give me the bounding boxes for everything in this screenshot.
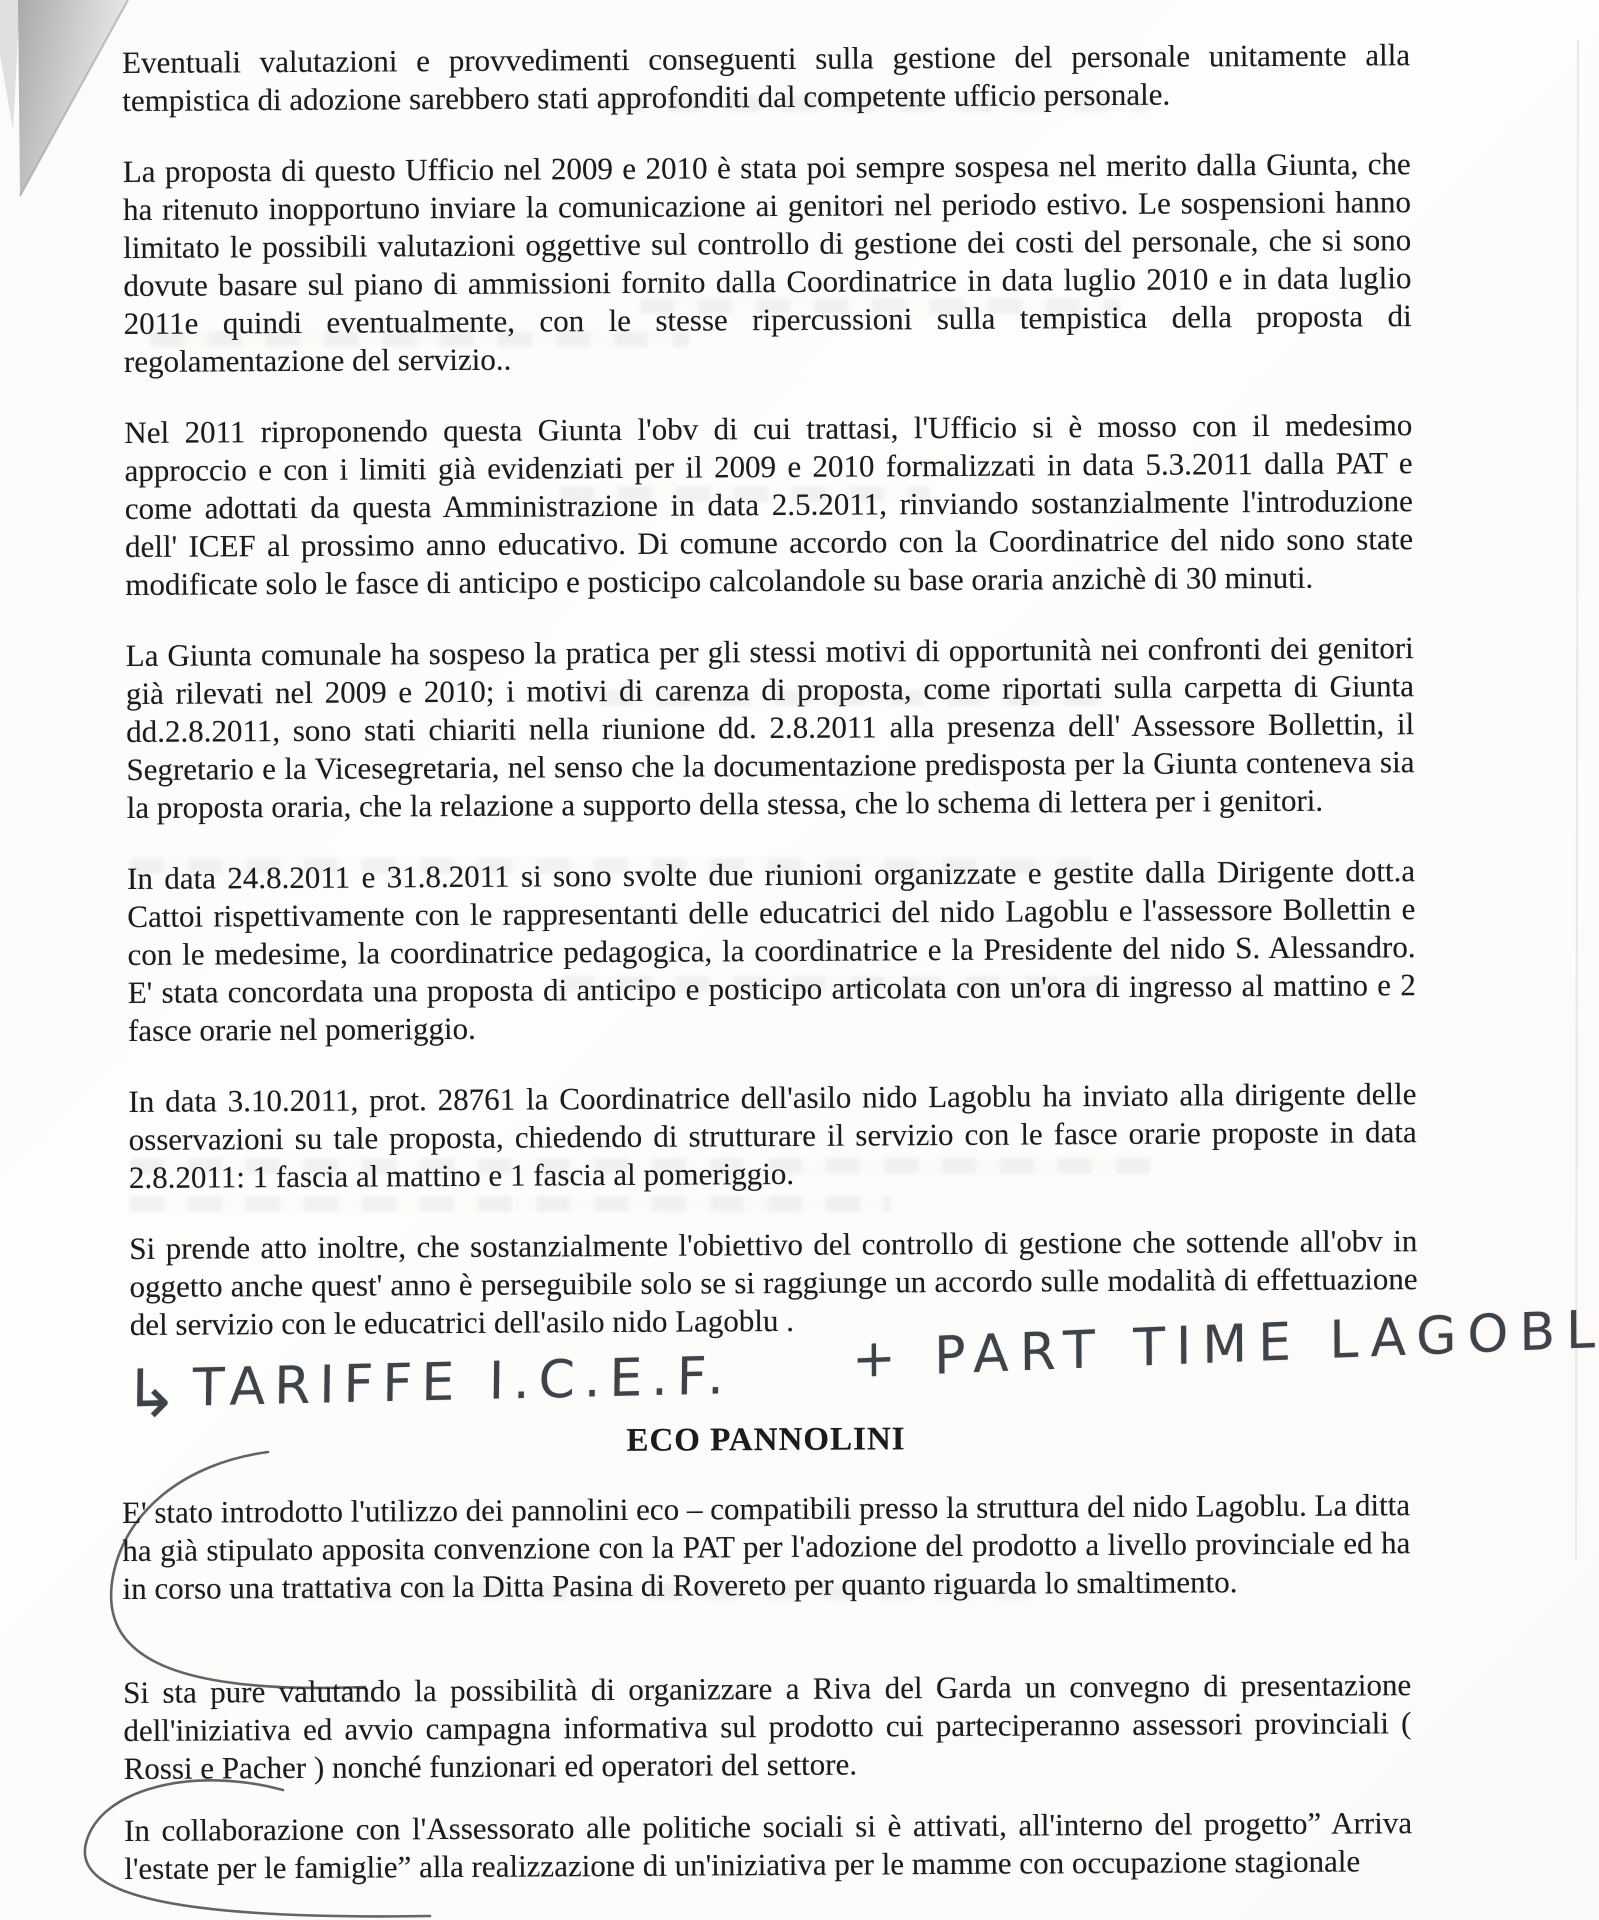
- paragraph: E' stato introdotto l'utilizzo dei panno…: [122, 1486, 1411, 1608]
- folded-corner-artifact: [0, 0, 128, 196]
- document-body-upper: Eventuali valutazioni e provvedimenti co…: [122, 36, 1418, 1377]
- paragraph: Eventuali valutazioni e provvedimenti co…: [122, 36, 1410, 120]
- paragraph: La Giunta comunale ha sospeso la pratica…: [126, 629, 1415, 827]
- handwritten-arrow-icon: ↳: [123, 1355, 179, 1433]
- paragraph: Nel 2011 riproponendo questa Giunta l'ob…: [124, 406, 1413, 604]
- section-heading-eco-pannolini: ECO PANNOLINI: [122, 1419, 1410, 1463]
- paragraph: In collaborazione con l'Assessorato alle…: [124, 1804, 1412, 1888]
- scanned-document-page: Eventuali valutazioni e provvedimenti co…: [0, 0, 1599, 1920]
- document-body-lower: E' stato introdotto l'utilizzo dei panno…: [122, 1486, 1413, 1920]
- paragraph: Si sta pure valutando la possibilità di …: [123, 1666, 1412, 1788]
- paragraph: La proposta di questo Ufficio nel 2009 e…: [123, 145, 1412, 381]
- paragraph: In data 3.10.2011, prot. 28761 la Coordi…: [128, 1075, 1417, 1197]
- paragraph: In data 24.8.2011 e 31.8.2011 si sono sv…: [127, 852, 1416, 1050]
- handwritten-note-tariffe-text: TARIFFE I.C.E.F.: [193, 1346, 734, 1418]
- handwritten-note-tariffe: ↳TARIFFE I.C.E.F.: [123, 1342, 733, 1433]
